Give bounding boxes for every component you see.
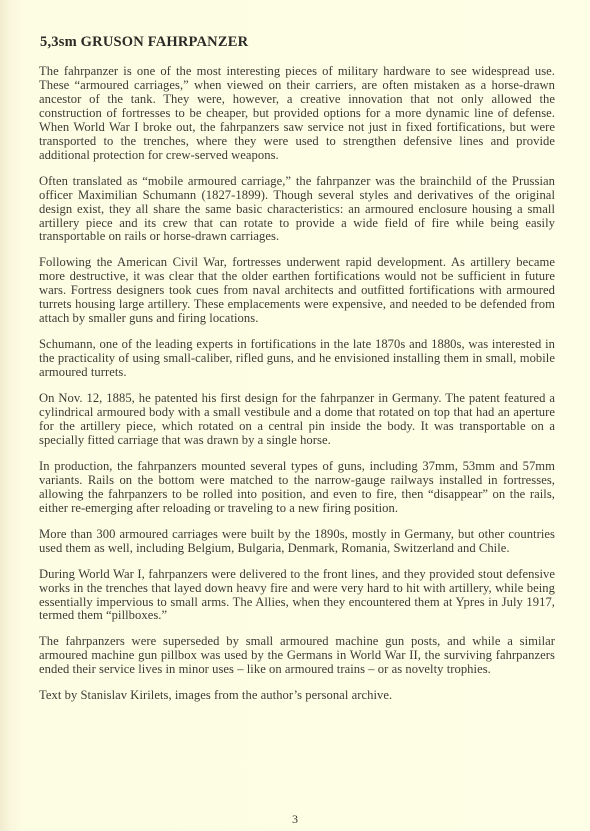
paragraph-intro: The fahrpanzer is one of the most intere… [39, 65, 555, 163]
paragraph-patent: On Nov. 12, 1885, he patented his first … [39, 392, 555, 448]
paragraph-origin: Often translated as “mobile armoured car… [39, 175, 555, 245]
document-page: 5,3sm GRUSON FAHRPANZER The fahrpanzer i… [0, 0, 590, 831]
paragraph-fortress-development: Following the American Civil War, fortre… [39, 256, 555, 326]
article-title: 5,3sm GRUSON FAHRPANZER [40, 34, 248, 51]
paragraph-production: In production, the fahrpanzers mounted s… [39, 460, 555, 516]
author-credit: Text by Stanislav Kirilets, images from … [39, 689, 555, 703]
article-body: The fahrpanzer is one of the most intere… [39, 65, 555, 715]
page-number: 3 [0, 812, 590, 827]
paragraph-wwi: During World War I, fahrpanzers were del… [39, 568, 555, 624]
paragraph-countries: More than 300 armoured carriages were bu… [39, 528, 555, 556]
paragraph-superseded: The fahrpanzers were superseded by small… [39, 635, 555, 677]
paragraph-schumann: Schumann, one of the leading experts in … [39, 338, 555, 380]
